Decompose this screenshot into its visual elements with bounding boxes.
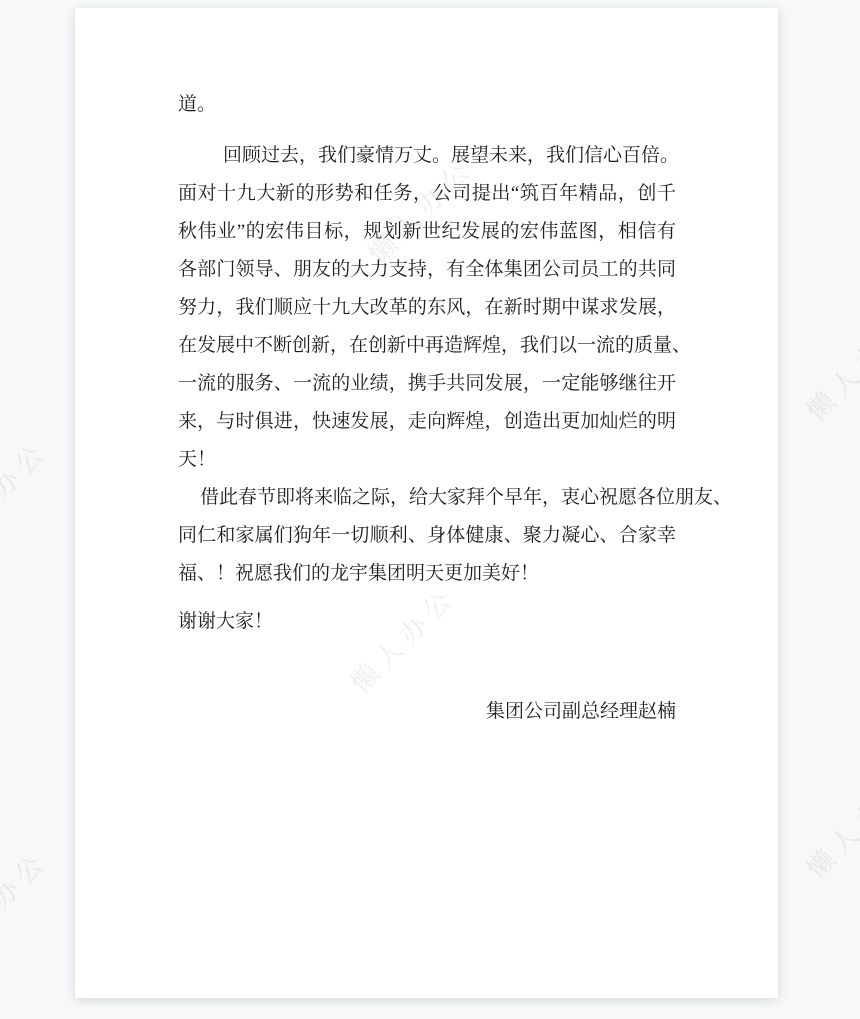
text-line: 各部门领导、朋友的大力支持，有全体集团公司员工的共同 [178,251,676,289]
text-line: 在发展中不断创新，在创新中再造辉煌，我们以一流的质量、 [178,327,676,365]
text-line: 同仁和家属们狗年一切顺利、身体健康、聚力凝心、合家幸 [178,517,676,555]
text-line: 努力，我们顺应十九大改革的东风，在新时期中谋求发展， [178,289,676,327]
text-line: 借此春节即将来临之际，给大家拜个早年，衷心祝愿各位朋友、 [178,479,676,517]
text-line: 一流的服务、一流的业绩，携手共同发展，一定能够继往开 [178,365,676,403]
document-content: 道。 回顾过去，我们豪情万丈。展望未来，我们信心百倍。 面对十九大新的形势和任务… [178,86,676,731]
text-line: 面对十九大新的形势和任务，公司提出“筑百年精品，创千 [178,175,676,213]
text-line: 回顾过去，我们豪情万丈。展望未来，我们信心百倍。 [178,137,676,175]
text-line: 秋伟业”的宏伟目标，规划新世纪发展的宏伟蓝图，相信有 [178,213,676,251]
continuation-line: 道。 [178,86,676,124]
signature-line: 集团公司副总经理赵楠 [178,693,676,731]
text-line: 福、！祝愿我们的龙宇集团明天更加美好！ [178,555,676,593]
text-line: 来，与时俱进，快速发展，走向辉煌，创造出更加灿烂的明 [178,403,676,441]
closing-line: 谢谢大家！ [178,603,676,641]
watermark-text: 懒人办公 [0,430,56,554]
document-page: 道。 回顾过去，我们豪情万丈。展望未来，我们信心百倍。 面对十九大新的形势和任务… [75,8,778,998]
watermark-text: 懒人办公 [796,762,860,886]
page-background: 道。 回顾过去，我们豪情万丈。展望未来，我们信心百倍。 面对十九大新的形势和任务… [0,0,860,1019]
paragraph-1: 回顾过去，我们豪情万丈。展望未来，我们信心百倍。 面对十九大新的形势和任务，公司… [178,137,676,479]
text-line: 天！ [178,441,676,479]
watermark-text: 懒人办公 [0,840,56,964]
watermark-text: 懒人办公 [796,304,860,428]
paragraph-2: 借此春节即将来临之际，给大家拜个早年，衷心祝愿各位朋友、 同仁和家属们狗年一切顺… [178,479,676,593]
